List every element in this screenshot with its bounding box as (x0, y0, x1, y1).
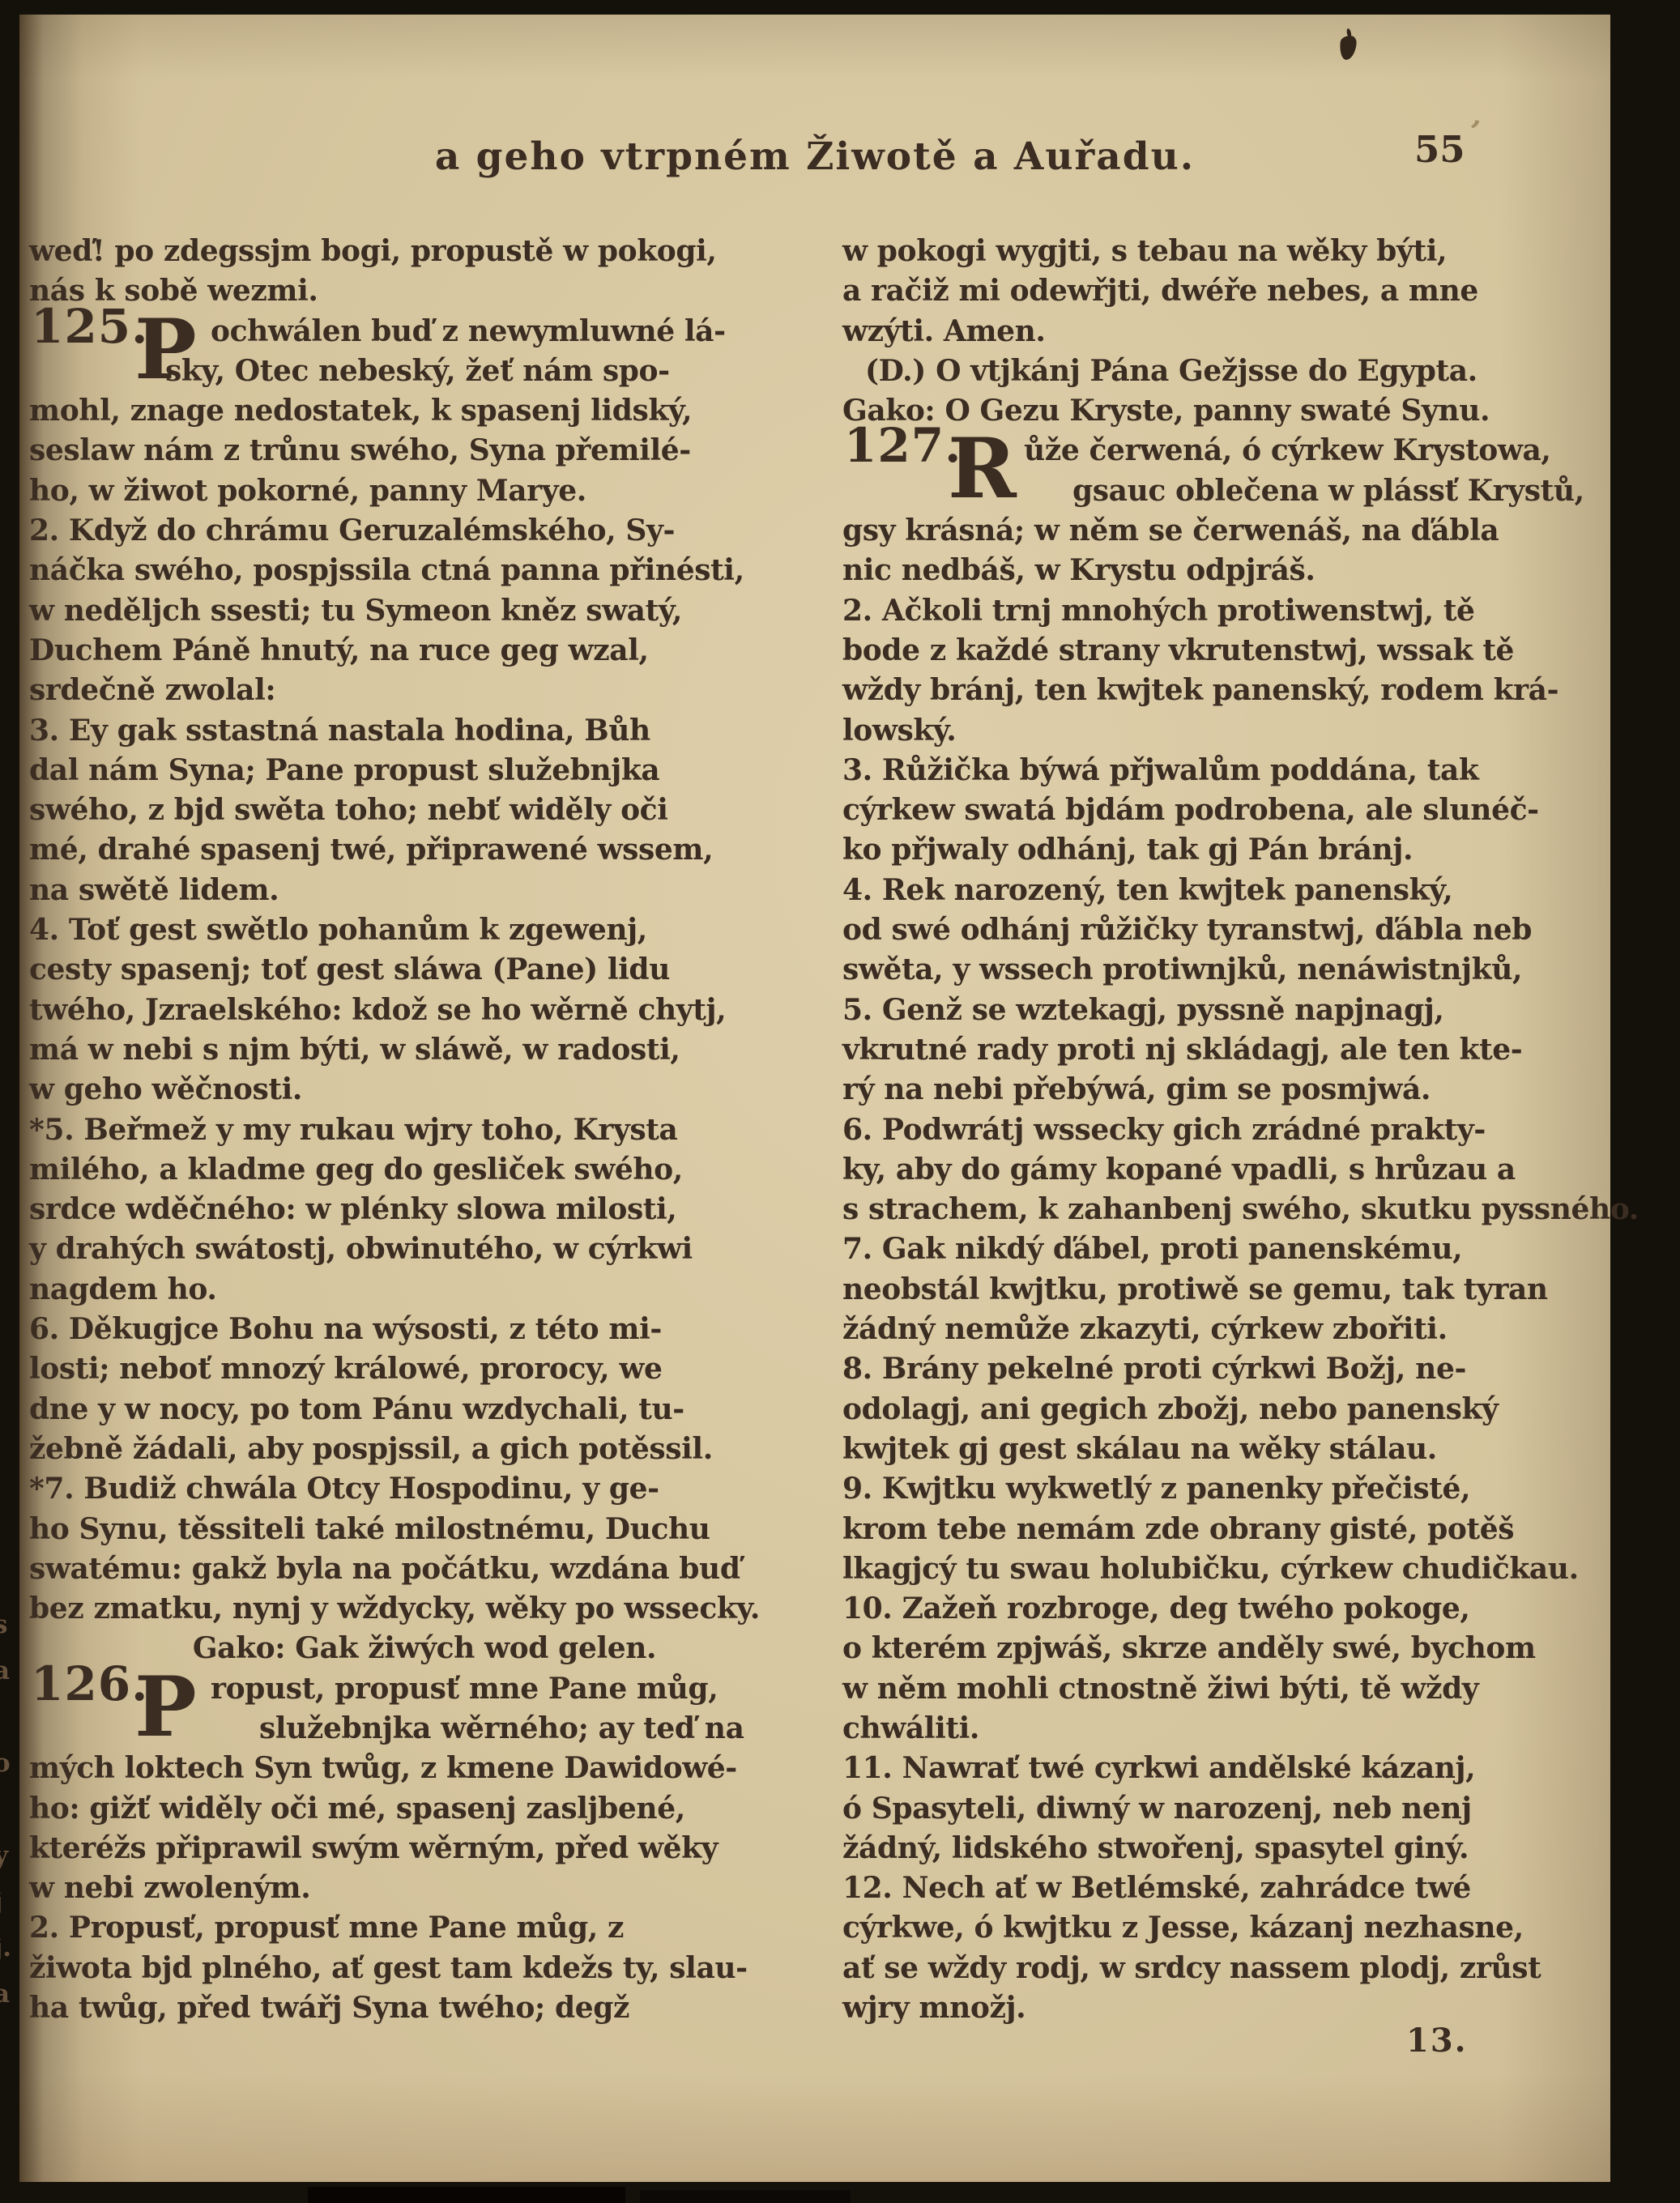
text-line: *5. Beřmež y my rukau wjry toho, Krysta (29, 1110, 820, 1150)
text-line: cýrkew swatá bjdám podrobena, ale slunéč… (842, 790, 1609, 830)
text-line: žádný, lidského stwořenj, spasytel giný. (842, 1829, 1609, 1869)
page-number: 55 (1414, 128, 1465, 171)
text-line: wjry množj. (842, 1988, 1609, 2028)
text-line: mé, drahé spasenj twé, připrawené wssem, (29, 830, 820, 870)
text-line: odolagj, ani gegich zbožj, nebo panenský (842, 1390, 1609, 1430)
text-line: nagdem ho. (29, 1270, 820, 1310)
text-line: losti; neboť mnozý králowé, prorocy, we (29, 1349, 820, 1389)
text-line: kwjtek gj gest skálau na wěky stálau. (842, 1430, 1609, 1469)
hymn-start-line: 125.Pochwálen buď z newymluwné lá- (29, 312, 820, 352)
text-line: w pokogi wygjti, s tebau na wěky býti, (842, 232, 1609, 271)
text-line: ať se wždy rodj, w srdcy nassem plodj, z… (842, 1949, 1609, 1988)
text-line: 4. Rek narozený, ten kwjtek panenský, (842, 871, 1609, 910)
text-line: milého, a kladme geg do gesliček swého, (29, 1150, 820, 1190)
text-line: 5. Genž se wztekagj, pyssně napjnagj, (842, 991, 1609, 1030)
text-line: nic nedbáš, w Krystu odpjráš. (842, 551, 1609, 590)
text-line-rest: ropust, propusť mne Pane můg, (211, 1672, 718, 1706)
gutter-bleed-glyph: y (0, 1833, 21, 1879)
text-line: chwáliti. (842, 1709, 1609, 1749)
text-line: bez zmatku, nynj y wždycky, wěky po wsse… (29, 1589, 820, 1629)
text-line: neobstál kwjtku, protiwě se gemu, tak ty… (842, 1270, 1609, 1310)
text-line: w nebi zwoleným. (29, 1869, 820, 1908)
text-line: ha twůg, před twářj Syna twého; degž (29, 1988, 820, 2028)
hymn-start-line: 126.Propust, propusť mne Pane můg, (29, 1669, 820, 1709)
scanned-book-page: { "page": { "running_header": "a geho vt… (0, 0, 1680, 2203)
text-line: cýrkwe, ó kwjtku z Jesse, kázanj nezhasn… (842, 1908, 1609, 1948)
text-line: ó Spasyteli, diwný w narozenj, neb nenj (842, 1789, 1609, 1829)
text-line: ky, aby do gámy kopané vpadli, s hrůzau … (842, 1150, 1609, 1190)
book-page: a geho vtrpném Žiwotě a Auřadu. 55 ʼ weď… (19, 15, 1610, 2182)
text-line: 6. Podwrátj wssecky gich zrádné prakty- (842, 1110, 1609, 1150)
drop-cap-letter: P (134, 309, 196, 391)
text-line: w něm mohli ctnostně žiwi býti, tě wždy (842, 1669, 1609, 1709)
text-line: 2. Ačkoli trnj mnohých protiwenstwj, tě (842, 591, 1609, 631)
text-line: má w nebi s njm býti, w sláwě, w radosti… (29, 1030, 820, 1070)
text-line: 12. Nech ať w Betlémské, zahrádce twé (842, 1869, 1609, 1908)
text-line: žebně žádali, aby pospjssil, a gich potě… (29, 1430, 820, 1469)
text-line: srdce wděčného: w plénky slowa milosti, (29, 1190, 820, 1229)
text-line: vkrutné rady proti nj skládagj, ale ten … (842, 1030, 1609, 1070)
text-line: s strachem, k zahanbenj swého, skutku py… (842, 1190, 1609, 1229)
text-column-right: w pokogi wygjti, s tebau na wěky býti,a … (842, 232, 1609, 2028)
text-line: dne y w nocy, po tom Pánu wzdychali, tu- (29, 1390, 820, 1430)
text-line: seslaw nám z trůnu swého, Syna přemilé- (29, 431, 820, 471)
text-line: ho, w žiwot pokorné, panny Marye. (29, 471, 820, 511)
text-line: kteréžs připrawil swým wěrným, před wěky (29, 1829, 820, 1869)
scan-border-block (640, 2190, 851, 2203)
text-line: twého, Jzraelského: kdož se ho wěrně chy… (29, 991, 820, 1030)
text-line: wzýti. Amen. (842, 312, 1609, 352)
hymn-number: 127. (844, 426, 962, 466)
text-line: od swé odhánj růžičky tyranstwj, ďábla n… (842, 910, 1609, 950)
text-line: wždy bránj, ten kwjtek panenský, rodem k… (842, 671, 1609, 710)
text-line: swěta, y wssech protiwnjků, nenáwistnjků… (842, 950, 1609, 990)
running-header: a geho vtrpném Žiwotě a Auřadu. (19, 134, 1610, 179)
gutter-bleed-text: sa,o,yjj.a (0, 1602, 21, 2018)
text-line: swatému: gakž byla na počátku, wzdána bu… (29, 1549, 820, 1589)
text-line: krom tebe nemám zde obrany gisté, potěš (842, 1510, 1609, 1549)
text-line: (D.) O vtjkánj Pána Gežjsse do Egypta. (842, 352, 1609, 391)
text-line: žiwota bjd plného, ať gest tam kdežs ty,… (29, 1949, 820, 1988)
scan-border-block (308, 2187, 625, 2203)
text-line: a račiž mi odewřjti, dwéře nebes, a mne (842, 271, 1609, 311)
text-line: 10. Zažeň rozbroge, deg twého pokoge, (842, 1589, 1609, 1629)
text-line: *7. Budiž chwála Otcy Hospodinu, y ge- (29, 1469, 820, 1509)
text-line: 7. Gak nikdý ďábel, proti panenskému, (842, 1229, 1609, 1269)
text-line: o kterém zpjwáš, skrze anděly swé, bycho… (842, 1629, 1609, 1668)
text-line: cesty spasenj; toť gest sláwa (Pane) lid… (29, 950, 820, 990)
text-line: srdečně zwolal: (29, 671, 820, 710)
text-line: 9. Kwjtku wykwetlý z panenky přečisté, (842, 1469, 1609, 1509)
text-line: 3. Růžička býwá přjwalům poddána, tak (842, 751, 1609, 790)
gutter-bleed-glyph: a (0, 1971, 21, 2018)
gutter-bleed-glyph: j (0, 1879, 21, 1925)
drop-cap-letter: R (948, 428, 1016, 510)
gutter-bleed-glyph: s (0, 1602, 21, 1648)
drop-cap-letter: P (134, 1666, 196, 1749)
text-line: 2. Když do chrámu Geruzalémského, Sy- (29, 511, 820, 551)
text-line: rý na nebi přebýwá, gim se posmjwá. (842, 1070, 1609, 1110)
text-line: 8. Brány pekelné proti cýrkwi Božj, ne- (842, 1349, 1609, 1389)
text-line: lkagjcý tu swau holubičku, cýrkew chudič… (842, 1549, 1609, 1589)
gutter-bleed-glyph: o (0, 1741, 21, 1787)
text-column-left: weď! po zdegssjm bogi, propustě w pokogi… (29, 232, 820, 2028)
text-line: weď! po zdegssjm bogi, propustě w pokogi… (29, 232, 820, 271)
gutter-bleed-glyph: j. (0, 1925, 21, 1971)
signature-mark: 13. (1406, 2022, 1468, 2060)
text-line-rest: ochwálen buď z newymluwné lá- (211, 314, 726, 348)
text-line: žádný nemůže zkazyti, cýrkew zbořiti. (842, 1310, 1609, 1349)
text-line: 2. Propusť, propusť mne Pane můg, z (29, 1908, 820, 1948)
text-line: 6. Děkugjce Bohu na wýsosti, z této mi- (29, 1310, 820, 1349)
text-line: ho Synu, těssiteli také milostnému, Duch… (29, 1510, 820, 1549)
text-line: 4. Toť gest swětlo pohanům k zgewenj, (29, 910, 820, 950)
text-line: ho: gižť widěly oči mé, spasenj zasljben… (29, 1789, 820, 1829)
text-line: w neděljch ssesti; tu Symeon kněz swatý, (29, 591, 820, 631)
text-line: swého, z bjd swěta toho; nebť widěly oči (29, 790, 820, 830)
text-line-rest: ůže čerwená, ó cýrkew Krystowa, (1024, 433, 1551, 467)
text-line: náčka swého, pospjssila ctná panna přiné… (29, 551, 820, 590)
text-line: dal nám Syna; Pane propust služebnjka (29, 751, 820, 790)
text-line: 11. Nawrať twé cyrkwi andělské kázanj, (842, 1749, 1609, 1788)
hymn-number: 126. (31, 1664, 148, 1704)
text-line: lowský. (842, 711, 1609, 751)
gutter-bleed-glyph: a (0, 1648, 21, 1694)
text-line: na swětě lidem. (29, 871, 820, 910)
hymn-number: 125. (31, 307, 148, 347)
text-line: ko přjwaly odhánj, tak gj Pán bránj. (842, 830, 1609, 870)
ink-blot (1338, 35, 1357, 61)
gutter-bleed-glyph: , (0, 1694, 21, 1741)
text-line: 3. Ey gak sstastná nastala hodina, Bůh (29, 711, 820, 751)
text-line: bode z každé strany vkrutenstwj, wssak t… (842, 631, 1609, 671)
gutter-bleed-glyph: , (0, 1787, 21, 1833)
hymn-start-line: 127.Růže čerwená, ó cýrkew Krystowa, (842, 431, 1609, 471)
text-line: Duchem Páně hnutý, na ruce geg wzal, (29, 631, 820, 671)
text-line: w geho wěčnosti. (29, 1070, 820, 1110)
text-line: y drahých swátostj, obwinutého, w cýrkwi (29, 1229, 820, 1269)
